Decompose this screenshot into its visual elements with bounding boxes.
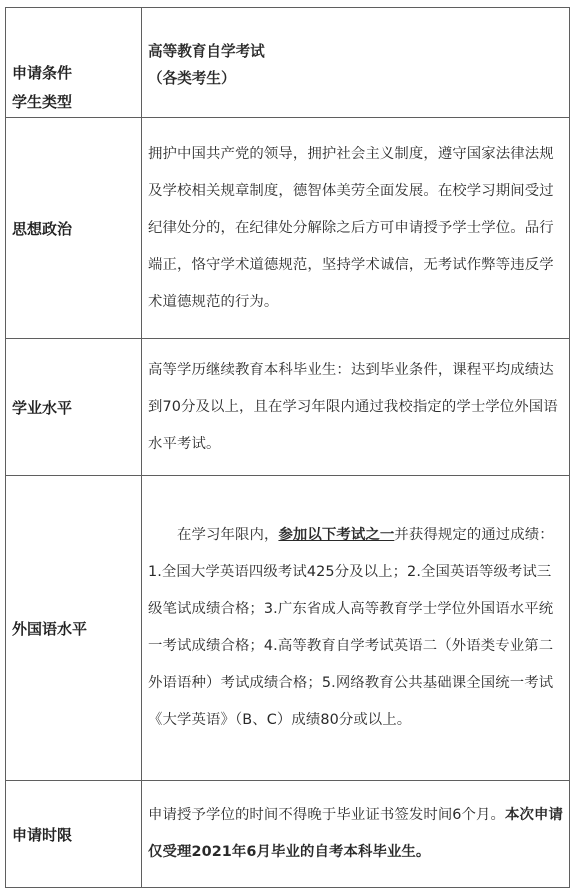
row-label-deadline: 申请时限 xyxy=(12,824,72,845)
row-text-political: 拥护中国共产党的领导，拥护社会主义制度，遵守国家法律法规及学校相关规章制度，德智… xyxy=(148,136,563,321)
degree-application-conditions-table: 申请条件 学生类型 高等教育自学考试 （各类考生） 思想政治 拥护中国共产党的领… xyxy=(5,7,570,888)
text-prefix: 在学习年限内， xyxy=(148,527,278,543)
row-label-cell: 外国语水平 xyxy=(6,476,142,780)
row-label-cell: 思想政治 xyxy=(6,118,142,338)
row-content-cell: 高等学历继续教育本科毕业生：达到毕业条件，课程平均成绩达到70分及以上，且在学习… xyxy=(142,339,569,475)
row-content-cell: 在学习年限内，参加以下考试之一并获得规定的通过成绩： 1.全国大学英语四级考试4… xyxy=(142,476,569,780)
table-row-foreign-language: 外国语水平 在学习年限内，参加以下考试之一并获得规定的通过成绩： 1.全国大学英… xyxy=(6,476,569,781)
table-row-political: 思想政治 拥护中国共产党的领导，拥护社会主义制度，遵守国家法律法规及学校相关规章… xyxy=(6,118,569,339)
table-row-deadline: 申请时限 申请授予学位的时间不得晚于毕业证书签发时间6个月。本次申请仅受理202… xyxy=(6,781,569,887)
row-label-foreign-language: 外国语水平 xyxy=(12,618,87,639)
row-content-cell: 拥护中国共产党的领导，拥护社会主义制度，遵守国家法律法规及学校相关规章制度，德智… xyxy=(142,118,569,338)
header-content-cell: 高等教育自学考试 （各类考生） xyxy=(142,8,569,117)
row-label-cell: 申请时限 xyxy=(6,781,142,887)
row-text-deadline: 申请授予学位的时间不得晚于毕业证书签发时间6个月。本次申请仅受理2021年6月毕… xyxy=(148,797,563,871)
row-label-political: 思想政治 xyxy=(12,218,72,239)
header-label-conditions: 申请条件 xyxy=(12,59,72,88)
row-label-academic: 学业水平 xyxy=(12,397,72,418)
row-text-academic: 高等学历继续教育本科毕业生：达到毕业条件，课程平均成绩达到70分及以上，且在学习… xyxy=(148,352,563,463)
row-label-cell: 学业水平 xyxy=(6,339,142,475)
table-header-row: 申请条件 学生类型 高等教育自学考试 （各类考生） xyxy=(6,8,569,118)
table-row-academic: 学业水平 高等学历继续教育本科毕业生：达到毕业条件，课程平均成绩达到70分及以上… xyxy=(6,339,569,476)
deadline-normal-text: 申请授予学位的时间不得晚于毕业证书签发时间6个月。 xyxy=(148,807,505,823)
header-label-cell: 申请条件 学生类型 xyxy=(6,8,142,117)
text-emphasis: 参加以下考试之一 xyxy=(278,527,394,543)
header-student-subcategory: （各类考生） xyxy=(148,65,265,92)
row-content-cell: 申请授予学位的时间不得晚于毕业证书签发时间6个月。本次申请仅受理2021年6月毕… xyxy=(142,781,569,887)
header-label-student-type: 学生类型 xyxy=(12,88,72,117)
row-text-foreign-language: 在学习年限内，参加以下考试之一并获得规定的通过成绩： 1.全国大学英语四级考试4… xyxy=(148,517,563,739)
header-student-category: 高等教育自学考试 xyxy=(148,38,265,65)
text-suffix: 并获得规定的通过成绩： 1.全国大学英语四级考试425分及以上；2.全国英语等级… xyxy=(148,527,561,728)
